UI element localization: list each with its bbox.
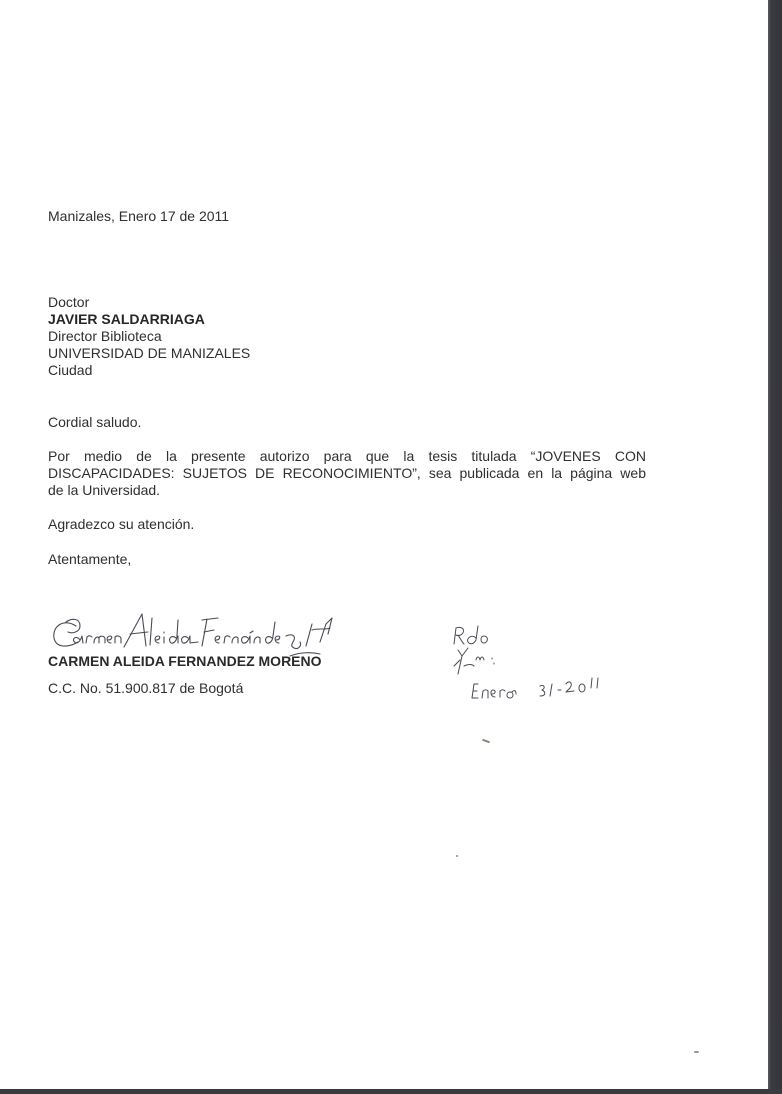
recipient-title: Doctor bbox=[48, 294, 89, 311]
recipient-name: JAVIER SALDARRIAGA bbox=[48, 311, 205, 328]
recipient-city: Ciudad bbox=[48, 362, 92, 379]
scan-speck bbox=[456, 855, 458, 857]
recipient-position: Director Biblioteca bbox=[48, 328, 162, 345]
signer-id: C.C. No. 51.900.817 de Bogotá bbox=[48, 680, 243, 697]
scanned-letter-page: Manizales, Enero 17 de 2011 Doctor JAVIE… bbox=[0, 0, 768, 1089]
body-line: de la Universidad. bbox=[48, 482, 646, 499]
recipient-institution: UNIVERSIDAD DE MANIZALES bbox=[48, 345, 250, 362]
scan-speck bbox=[482, 739, 490, 744]
closing-line: Atentamente, bbox=[48, 551, 131, 568]
thanks-line: Agradezco su atención. bbox=[48, 516, 194, 533]
scan-border-right bbox=[768, 0, 782, 1094]
scan-speck bbox=[694, 1051, 699, 1053]
body-line: DISCAPACIDADES: SUJETOS DE RECONOCIMIENT… bbox=[48, 465, 646, 482]
body-line: Por medio de la presente autorizo para q… bbox=[48, 448, 646, 465]
handwritten-receipt-annotation bbox=[448, 622, 628, 712]
place-date: Manizales, Enero 17 de 2011 bbox=[48, 208, 229, 225]
signer-name: CARMEN ALEIDA FERNANDEZ MORENO bbox=[48, 653, 322, 670]
scan-border-bottom bbox=[0, 1089, 782, 1094]
body-paragraph: Por medio de la presente autorizo para q… bbox=[48, 448, 646, 499]
greeting: Cordial saludo. bbox=[48, 414, 141, 431]
